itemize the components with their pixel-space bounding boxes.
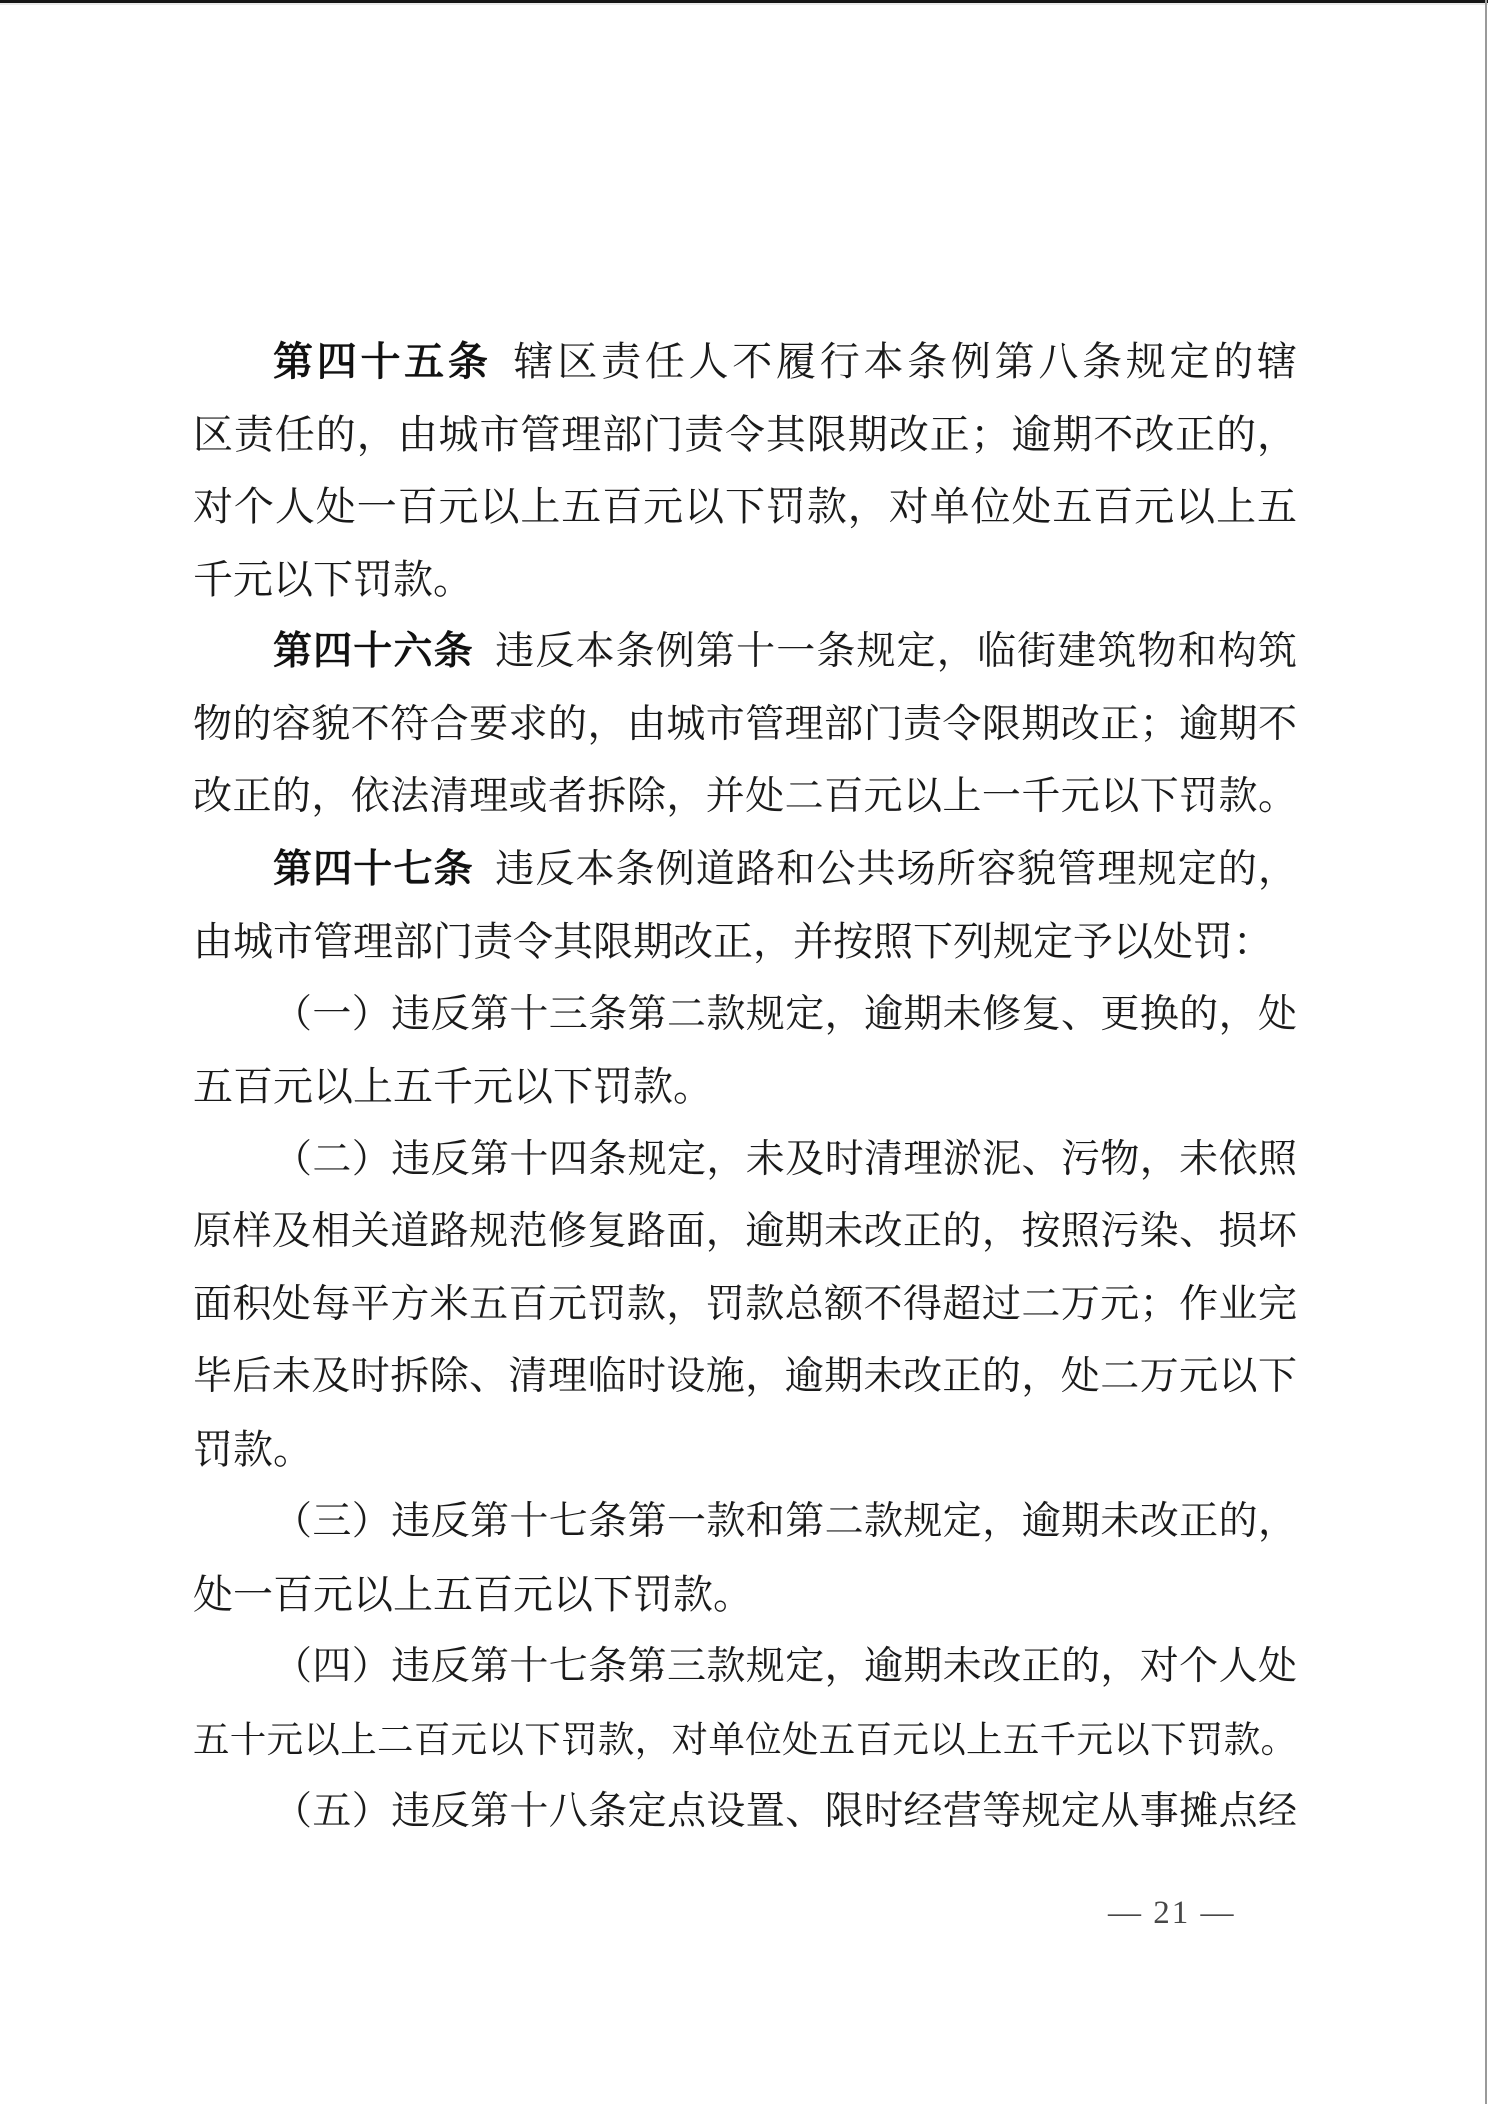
page-number: — 21 —	[1108, 1893, 1236, 1933]
scan-edge-top-shadow	[0, 3, 1488, 5]
text-line: 对个人处一百元以上五百元以下罚款，对单位处五百元以上五	[193, 471, 1297, 544]
text-line: 处一百元以上五百元以下罚款。	[193, 1559, 1297, 1632]
scan-edge-right	[1485, 0, 1487, 2104]
text-line: 原样及相关道路规范修复路面，逾期未改正的，按照污染、损坏	[193, 1196, 1297, 1269]
text-line: （三）违反第十七条第一款和第二款规定，逾期未改正的，	[193, 1486, 1297, 1559]
line-text: 违反本条例道路和公共场所容貌管理规定的，	[495, 848, 1297, 891]
text-line: 面积处每平方米五百元罚款，罚款总额不得超过二万元；作业完	[193, 1269, 1297, 1342]
item-2-paragraph: （二）违反第十四条规定，未及时清理淤泥、污物，未依照 原样及相关道路规范修复路面…	[193, 1124, 1297, 1487]
line-text: 违反本条例第十一条规定，临街建筑物和构筑	[495, 630, 1297, 673]
article-47-paragraph: 第四十七条违反本条例道路和公共场所容貌管理规定的， 由城市管理部门责令其限期改正…	[193, 834, 1297, 979]
text-line: 由城市管理部门责令其限期改正，并按照下列规定予以处罚：	[193, 906, 1297, 979]
document-page: 第四十五条辖区责任人不履行本条例第八条规定的辖 区责任的，由城市管理部门责令其限…	[0, 0, 1488, 2104]
text-line: 第四十五条辖区责任人不履行本条例第八条规定的辖	[193, 326, 1297, 399]
article-number: 第四十七条	[273, 847, 474, 892]
text-line: 第四十六条违反本条例第十一条规定，临街建筑物和构筑	[193, 616, 1297, 689]
text-line: 五百元以上五千元以下罚款。	[193, 1051, 1297, 1124]
text-line: 千元以下罚款。	[193, 544, 1297, 617]
text-line: 毕后未及时拆除、清理临时设施，逾期未改正的，处二万元以下	[193, 1341, 1297, 1414]
text-line: 五十元以上二百元以下罚款，对单位处五百元以上五千元以下罚款。	[193, 1704, 1297, 1777]
article-number: 第四十五条	[273, 339, 492, 385]
text-line: 改正的，依法清理或者拆除，并处二百元以上一千元以下罚款。	[193, 761, 1297, 834]
text-line: 罚款。	[193, 1414, 1297, 1487]
item-3-paragraph: （三）违反第十七条第一款和第二款规定，逾期未改正的， 处一百元以上五百元以下罚款…	[193, 1486, 1297, 1631]
item-5-paragraph: （五）违反第十八条定点设置、限时经营等规定从事摊点经	[193, 1776, 1297, 1849]
text-line: （五）违反第十八条定点设置、限时经营等规定从事摊点经	[193, 1776, 1297, 1849]
text-line: （二）违反第十四条规定，未及时清理淤泥、污物，未依照	[193, 1124, 1297, 1197]
text-line: 第四十七条违反本条例道路和公共场所容貌管理规定的，	[193, 834, 1297, 907]
text-line: （四）违反第十七条第三款规定，逾期未改正的，对个人处	[193, 1631, 1297, 1704]
item-4-paragraph: （四）违反第十七条第三款规定，逾期未改正的，对个人处 五十元以上二百元以下罚款，…	[193, 1631, 1297, 1776]
article-46-paragraph: 第四十六条违反本条例第十一条规定，临街建筑物和构筑 物的容貌不符合要求的，由城市…	[193, 616, 1297, 834]
text-line: （一）违反第十三条第二款规定，逾期未修复、更换的，处	[193, 979, 1297, 1052]
document-body: 第四十五条辖区责任人不履行本条例第八条规定的辖 区责任的，由城市管理部门责令其限…	[193, 326, 1297, 1849]
line-text: 辖区责任人不履行本条例第八条规定的辖	[514, 339, 1297, 384]
article-45-paragraph: 第四十五条辖区责任人不履行本条例第八条规定的辖 区责任的，由城市管理部门责令其限…	[193, 326, 1297, 616]
text-line: 区责任的，由城市管理部门责令其限期改正；逾期不改正的，	[193, 399, 1297, 472]
text-line: 物的容貌不符合要求的，由城市管理部门责令限期改正；逾期不	[193, 689, 1297, 762]
article-number: 第四十六条	[273, 629, 474, 674]
item-1-paragraph: （一）违反第十三条第二款规定，逾期未修复、更换的，处 五百元以上五千元以下罚款。	[193, 979, 1297, 1124]
